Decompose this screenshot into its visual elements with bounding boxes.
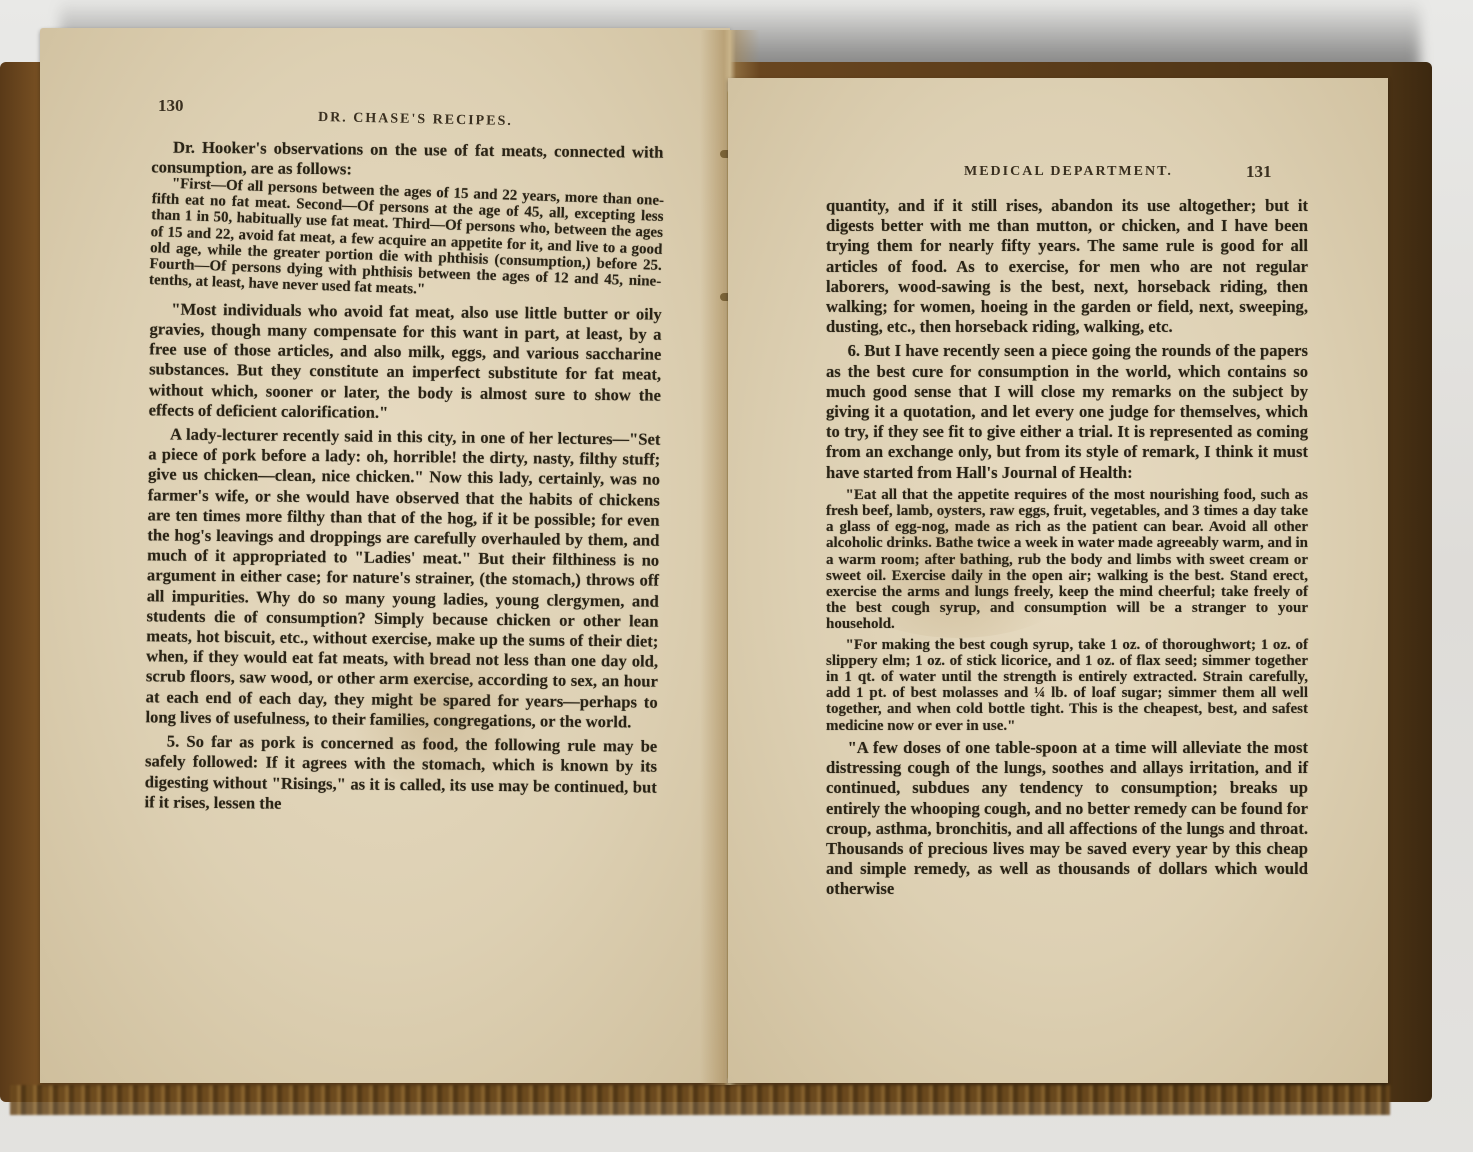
paragraph: A lady-lecturer recently said in this ci…	[145, 424, 660, 732]
paragraph: "Most individuals who avoid fat meat, al…	[149, 299, 662, 426]
quoted-paragraph: "Eat all that the appetite requires of t…	[826, 487, 1308, 633]
left-page-text: Dr. Hooker's observations on the use of …	[144, 137, 663, 821]
recipe-paragraph: "For making the best cough syrup, take 1…	[826, 637, 1308, 734]
left-page: 130 DR. CHASE'S RECIPES. Dr. Hooker's ob…	[40, 28, 730, 1083]
frayed-cover-edge	[10, 1085, 1390, 1115]
page-number-left: 130	[158, 96, 184, 116]
right-page-text: quantity, and if it still rises, abandon…	[826, 196, 1308, 904]
numbered-paragraph: 5. So far as pork is concerned as food, …	[145, 731, 658, 817]
page-number-right: 131	[1246, 162, 1272, 182]
running-head-right: MEDICAL DEPARTMENT.	[964, 164, 1173, 180]
running-head-left: DR. CHASE'S RECIPES.	[318, 110, 513, 130]
paragraph: "A few doses of one table-spoon at a tim…	[826, 738, 1308, 900]
quoted-paragraph: "First—Of all persons between the ages o…	[149, 176, 665, 307]
paragraph-continued: quantity, and if it still rises, abandon…	[826, 196, 1308, 337]
paragraph: Dr. Hooker's observations on the use of …	[151, 137, 663, 183]
right-page: MEDICAL DEPARTMENT. 131 quantity, and if…	[728, 78, 1388, 1083]
numbered-paragraph: 6. But I have recently seen a piece goin…	[826, 341, 1308, 482]
